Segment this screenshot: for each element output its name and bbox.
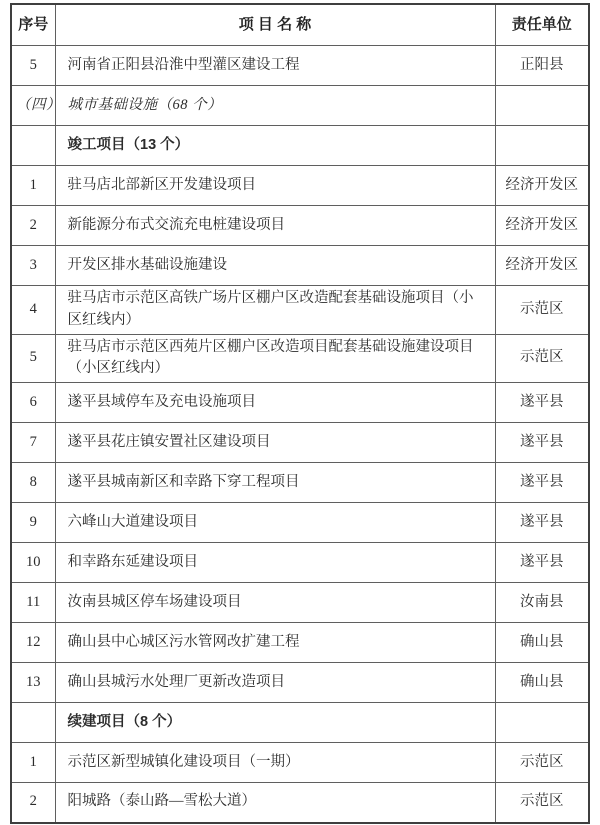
project-table-body: 5河南省正阳县沿淮中型灌区建设工程正阳县（四）城市基础设施（68 个）竣工项目（… [11,46,589,823]
responsible-unit-cell: 示范区 [495,783,589,823]
row-number-cell: （四） [11,86,55,126]
table-header-row: 序号 项 目 名 称 责任单位 [11,4,589,46]
table-row: 5驻马店市示范区西苑片区棚户区改造项目配套基础设施建设项目（小区红线内）示范区 [11,334,589,383]
table-row: 1驻马店北部新区开发建设项目经济开发区 [11,166,589,206]
responsible-unit-cell: 遂平县 [495,463,589,503]
row-number-cell: 1 [11,743,55,783]
project-name-cell: 六峰山大道建设项目 [55,503,495,543]
project-name-cell: 遂平县城南新区和幸路下穿工程项目 [55,463,495,503]
responsible-unit-cell: 示范区 [495,334,589,383]
table-row: （四）城市基础设施（68 个） [11,86,589,126]
table-row: 续建项目（8 个） [11,703,589,743]
header-cell-serial-number: 序号 [11,4,55,46]
row-number-cell: 2 [11,783,55,823]
row-number-cell: 5 [11,334,55,383]
project-name-cell: 阳城路（泰山路—雪松大道） [55,783,495,823]
responsible-unit-cell: 遂平县 [495,423,589,463]
row-number-cell: 7 [11,423,55,463]
project-name-cell: 遂平县花庄镇安置社区建设项目 [55,423,495,463]
table-row: 9六峰山大道建设项目遂平县 [11,503,589,543]
project-name-cell: 汝南县城区停车场建设项目 [55,583,495,623]
row-number-cell [11,703,55,743]
row-number-cell: 12 [11,623,55,663]
document-page: 序号 项 目 名 称 责任单位 5河南省正阳县沿淮中型灌区建设工程正阳县（四）城… [0,0,600,825]
project-name-cell: 城市基础设施（68 个） [55,86,495,126]
project-name-cell: 新能源分布式交流充电桩建设项目 [55,206,495,246]
header-cell-responsible-unit: 责任单位 [495,4,589,46]
responsible-unit-cell: 经济开发区 [495,166,589,206]
responsible-unit-cell: 遂平县 [495,383,589,423]
responsible-unit-cell [495,703,589,743]
table-row: 竣工项目（13 个） [11,126,589,166]
project-name-cell: 河南省正阳县沿淮中型灌区建设工程 [55,46,495,86]
table-row: 6遂平县域停车及充电设施项目遂平县 [11,383,589,423]
project-name-cell: 竣工项目（13 个） [55,126,495,166]
table-row: 7遂平县花庄镇安置社区建设项目遂平县 [11,423,589,463]
table-row: 12确山县中心城区污水管网改扩建工程确山县 [11,623,589,663]
responsible-unit-cell: 确山县 [495,623,589,663]
table-row: 5河南省正阳县沿淮中型灌区建设工程正阳县 [11,46,589,86]
row-number-cell [11,126,55,166]
row-number-cell: 10 [11,543,55,583]
responsible-unit-cell: 示范区 [495,286,589,335]
project-name-cell: 遂平县域停车及充电设施项目 [55,383,495,423]
project-name-cell: 续建项目（8 个） [55,703,495,743]
table-row: 2阳城路（泰山路—雪松大道）示范区 [11,783,589,823]
project-name-cell: 开发区排水基础设施建设 [55,246,495,286]
responsible-unit-cell: 确山县 [495,663,589,703]
project-table: 序号 项 目 名 称 责任单位 5河南省正阳县沿淮中型灌区建设工程正阳县（四）城… [10,3,590,824]
responsible-unit-cell [495,126,589,166]
table-row: 3开发区排水基础设施建设经济开发区 [11,246,589,286]
row-number-cell: 5 [11,46,55,86]
row-number-cell: 1 [11,166,55,206]
project-name-cell: 驻马店市示范区西苑片区棚户区改造项目配套基础设施建设项目（小区红线内） [55,334,495,383]
row-number-cell: 6 [11,383,55,423]
table-row: 2新能源分布式交流充电桩建设项目经济开发区 [11,206,589,246]
header-cell-project-name: 项 目 名 称 [55,4,495,46]
responsible-unit-cell: 正阳县 [495,46,589,86]
responsible-unit-cell: 汝南县 [495,583,589,623]
responsible-unit-cell: 经济开发区 [495,246,589,286]
table-row: 11汝南县城区停车场建设项目汝南县 [11,583,589,623]
table-row: 1示范区新型城镇化建设项目（一期）示范区 [11,743,589,783]
table-row: 13确山县城污水处理厂更新改造项目确山县 [11,663,589,703]
project-name-cell: 示范区新型城镇化建设项目（一期） [55,743,495,783]
responsible-unit-cell: 遂平县 [495,503,589,543]
responsible-unit-cell: 遂平县 [495,543,589,583]
row-number-cell: 11 [11,583,55,623]
project-name-cell: 驻马店市示范区高铁广场片区棚户区改造配套基础设施项目（小区红线内） [55,286,495,335]
row-number-cell: 2 [11,206,55,246]
project-name-cell: 驻马店北部新区开发建设项目 [55,166,495,206]
table-row: 10和幸路东延建设项目遂平县 [11,543,589,583]
project-name-cell: 确山县中心城区污水管网改扩建工程 [55,623,495,663]
table-row: 4驻马店市示范区高铁广场片区棚户区改造配套基础设施项目（小区红线内）示范区 [11,286,589,335]
responsible-unit-cell: 经济开发区 [495,206,589,246]
responsible-unit-cell [495,86,589,126]
row-number-cell: 3 [11,246,55,286]
row-number-cell: 8 [11,463,55,503]
row-number-cell: 9 [11,503,55,543]
table-row: 8遂平县城南新区和幸路下穿工程项目遂平县 [11,463,589,503]
row-number-cell: 13 [11,663,55,703]
project-name-cell: 和幸路东延建设项目 [55,543,495,583]
row-number-cell: 4 [11,286,55,335]
project-name-cell: 确山县城污水处理厂更新改造项目 [55,663,495,703]
responsible-unit-cell: 示范区 [495,743,589,783]
